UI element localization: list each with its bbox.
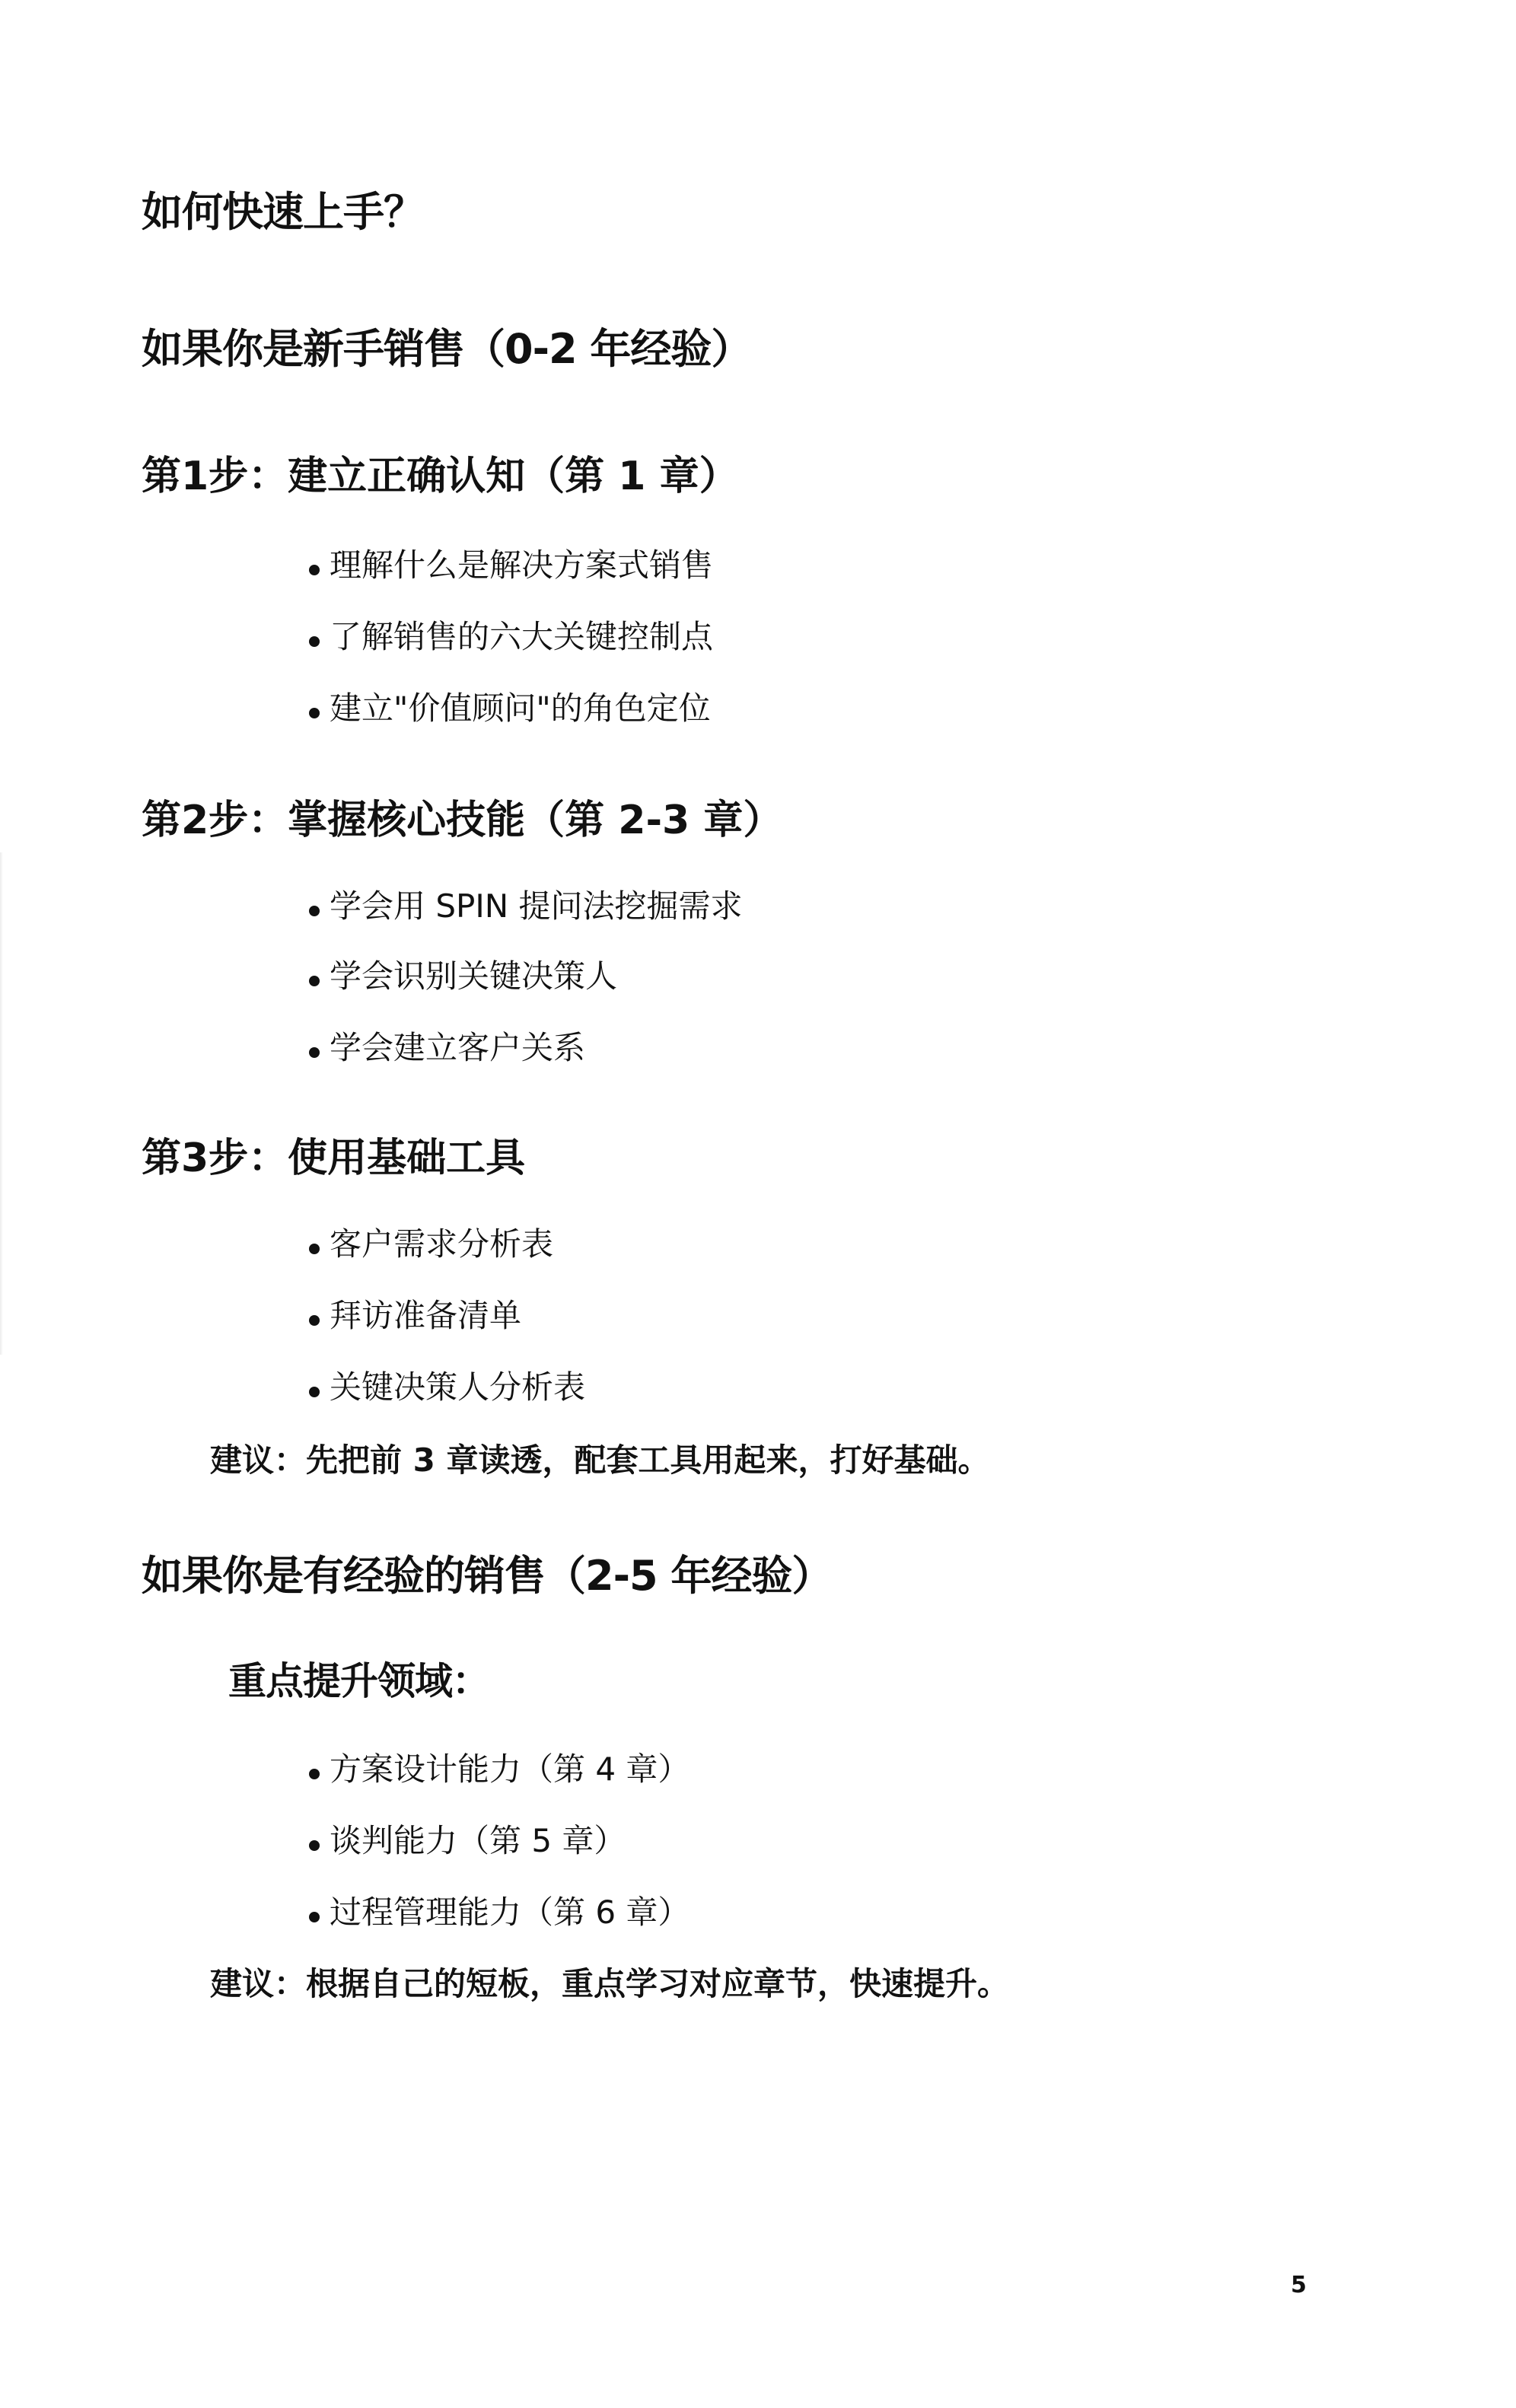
- bullet-icon: [309, 636, 320, 647]
- list-item: 谈判能力（第 5 章）: [309, 1825, 626, 1857]
- step-3-heading: 第3步：使用基础工具: [142, 1139, 525, 1178]
- step-2-heading: 第2步：掌握核心技能（第 2-3 章）: [142, 801, 782, 840]
- bullet-icon: [309, 1840, 320, 1851]
- bullet-icon: [309, 565, 320, 575]
- list-item: 建立"价值顾问"的角色定位: [309, 693, 711, 725]
- list-item-text: 客户需求分析表: [330, 1228, 553, 1260]
- list-item: 学会识别关键决策人: [309, 960, 617, 992]
- bullet-icon: [309, 976, 320, 986]
- list-item-text: 方案设计能力（第 4 章）: [330, 1753, 690, 1785]
- bullet-icon: [309, 1387, 320, 1397]
- list-item: 方案设计能力（第 4 章）: [309, 1753, 690, 1785]
- list-item: 理解什么是解决方案式销售: [309, 549, 713, 581]
- list-item: 客户需求分析表: [309, 1228, 553, 1260]
- list-item-text: 拜访准备清单: [330, 1300, 521, 1332]
- bullet-icon: [309, 1244, 320, 1254]
- bullet-icon: [309, 708, 320, 718]
- list-item-text: 学会建立客户关系: [330, 1032, 585, 1064]
- scan-edge-artifact: [0, 852, 3, 1355]
- list-item: 学会用 SPIN 提问法挖掘需求: [309, 890, 743, 922]
- bullet-icon: [309, 906, 320, 916]
- bullet-icon: [309, 1047, 320, 1058]
- page-title: 如何快速上手？: [142, 192, 424, 233]
- document-page: 如何快速上手？ 如果你是新手销售（0-2 年经验） 第1步：建立正确认知（第 1…: [0, 0, 1516, 2408]
- bullet-icon: [309, 1912, 320, 1922]
- list-item: 拜访准备清单: [309, 1300, 521, 1332]
- list-item: 过程管理能力（第 6 章）: [309, 1897, 690, 1929]
- list-item-text: 理解什么是解决方案式销售: [330, 549, 713, 581]
- list-item-text: 谈判能力（第 5 章）: [330, 1825, 626, 1857]
- list-item-text: 过程管理能力（第 6 章）: [330, 1897, 690, 1929]
- list-item: 学会建立客户关系: [309, 1032, 585, 1064]
- list-item-text: 学会识别关键决策人: [330, 960, 617, 992]
- focus-areas-heading: 重点提升领域：: [228, 1662, 489, 1700]
- advice-experienced: 建议：根据自己的短板，重点学习对应章节，快速提升。: [210, 1968, 1009, 2000]
- bullet-icon: [309, 1769, 320, 1779]
- bullet-icon: [309, 1315, 320, 1326]
- section-heading-experienced: 如果你是有经验的销售（2-5 年经验）: [142, 1556, 832, 1597]
- list-item: 关键决策人分析表: [309, 1371, 585, 1403]
- list-item-text: 学会用 SPIN 提问法挖掘需求: [330, 890, 743, 922]
- page-number: 5: [1291, 2274, 1307, 2297]
- step-1-heading: 第1步：建立正确认知（第 1 章）: [142, 457, 739, 496]
- list-item-text: 建立"价值顾问"的角色定位: [330, 693, 711, 725]
- list-item-text: 了解销售的六大关键控制点: [330, 621, 713, 653]
- section-heading-beginner: 如果你是新手销售（0-2 年经验）: [142, 329, 751, 370]
- list-item: 了解销售的六大关键控制点: [309, 621, 713, 653]
- list-item-text: 关键决策人分析表: [330, 1371, 585, 1403]
- advice-beginner: 建议：先把前 3 章读透，配套工具用起来，打好基础。: [210, 1444, 989, 1476]
